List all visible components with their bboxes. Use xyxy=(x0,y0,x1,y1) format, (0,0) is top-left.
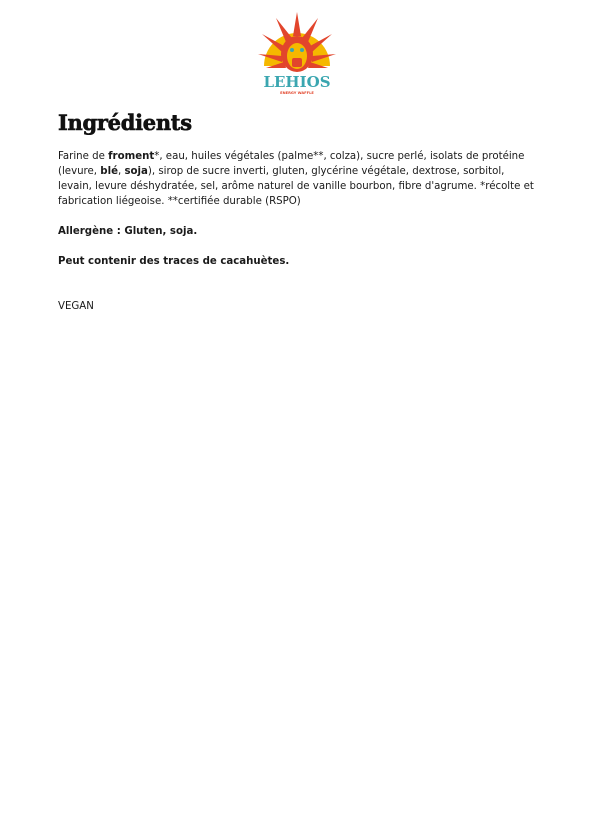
allergen-froment: froment xyxy=(108,151,154,162)
allergen-soja: soja xyxy=(124,166,147,177)
vegan-label: VEGAN xyxy=(58,299,538,314)
svg-text:LEHIOS: LEHIOS xyxy=(263,73,330,91)
page-title: Ingrédients xyxy=(58,110,192,135)
ingredients-section: Farine de froment*, eau, huiles végétale… xyxy=(58,149,538,314)
allergen-statement: Allergène : Gluten, soja. xyxy=(58,224,538,239)
svg-text:ENERGY WAFFLE: ENERGY WAFFLE xyxy=(280,91,314,95)
lehios-logo: LEHIOS ENERGY WAFFLE xyxy=(258,10,336,96)
ingredients-list: Farine de froment*, eau, huiles végétale… xyxy=(58,149,538,209)
lion-sun-icon: LEHIOS ENERGY WAFFLE xyxy=(258,10,336,96)
allergen-ble: blé xyxy=(100,166,118,177)
traces-statement: Peut contenir des traces de cacahuètes. xyxy=(58,254,538,269)
